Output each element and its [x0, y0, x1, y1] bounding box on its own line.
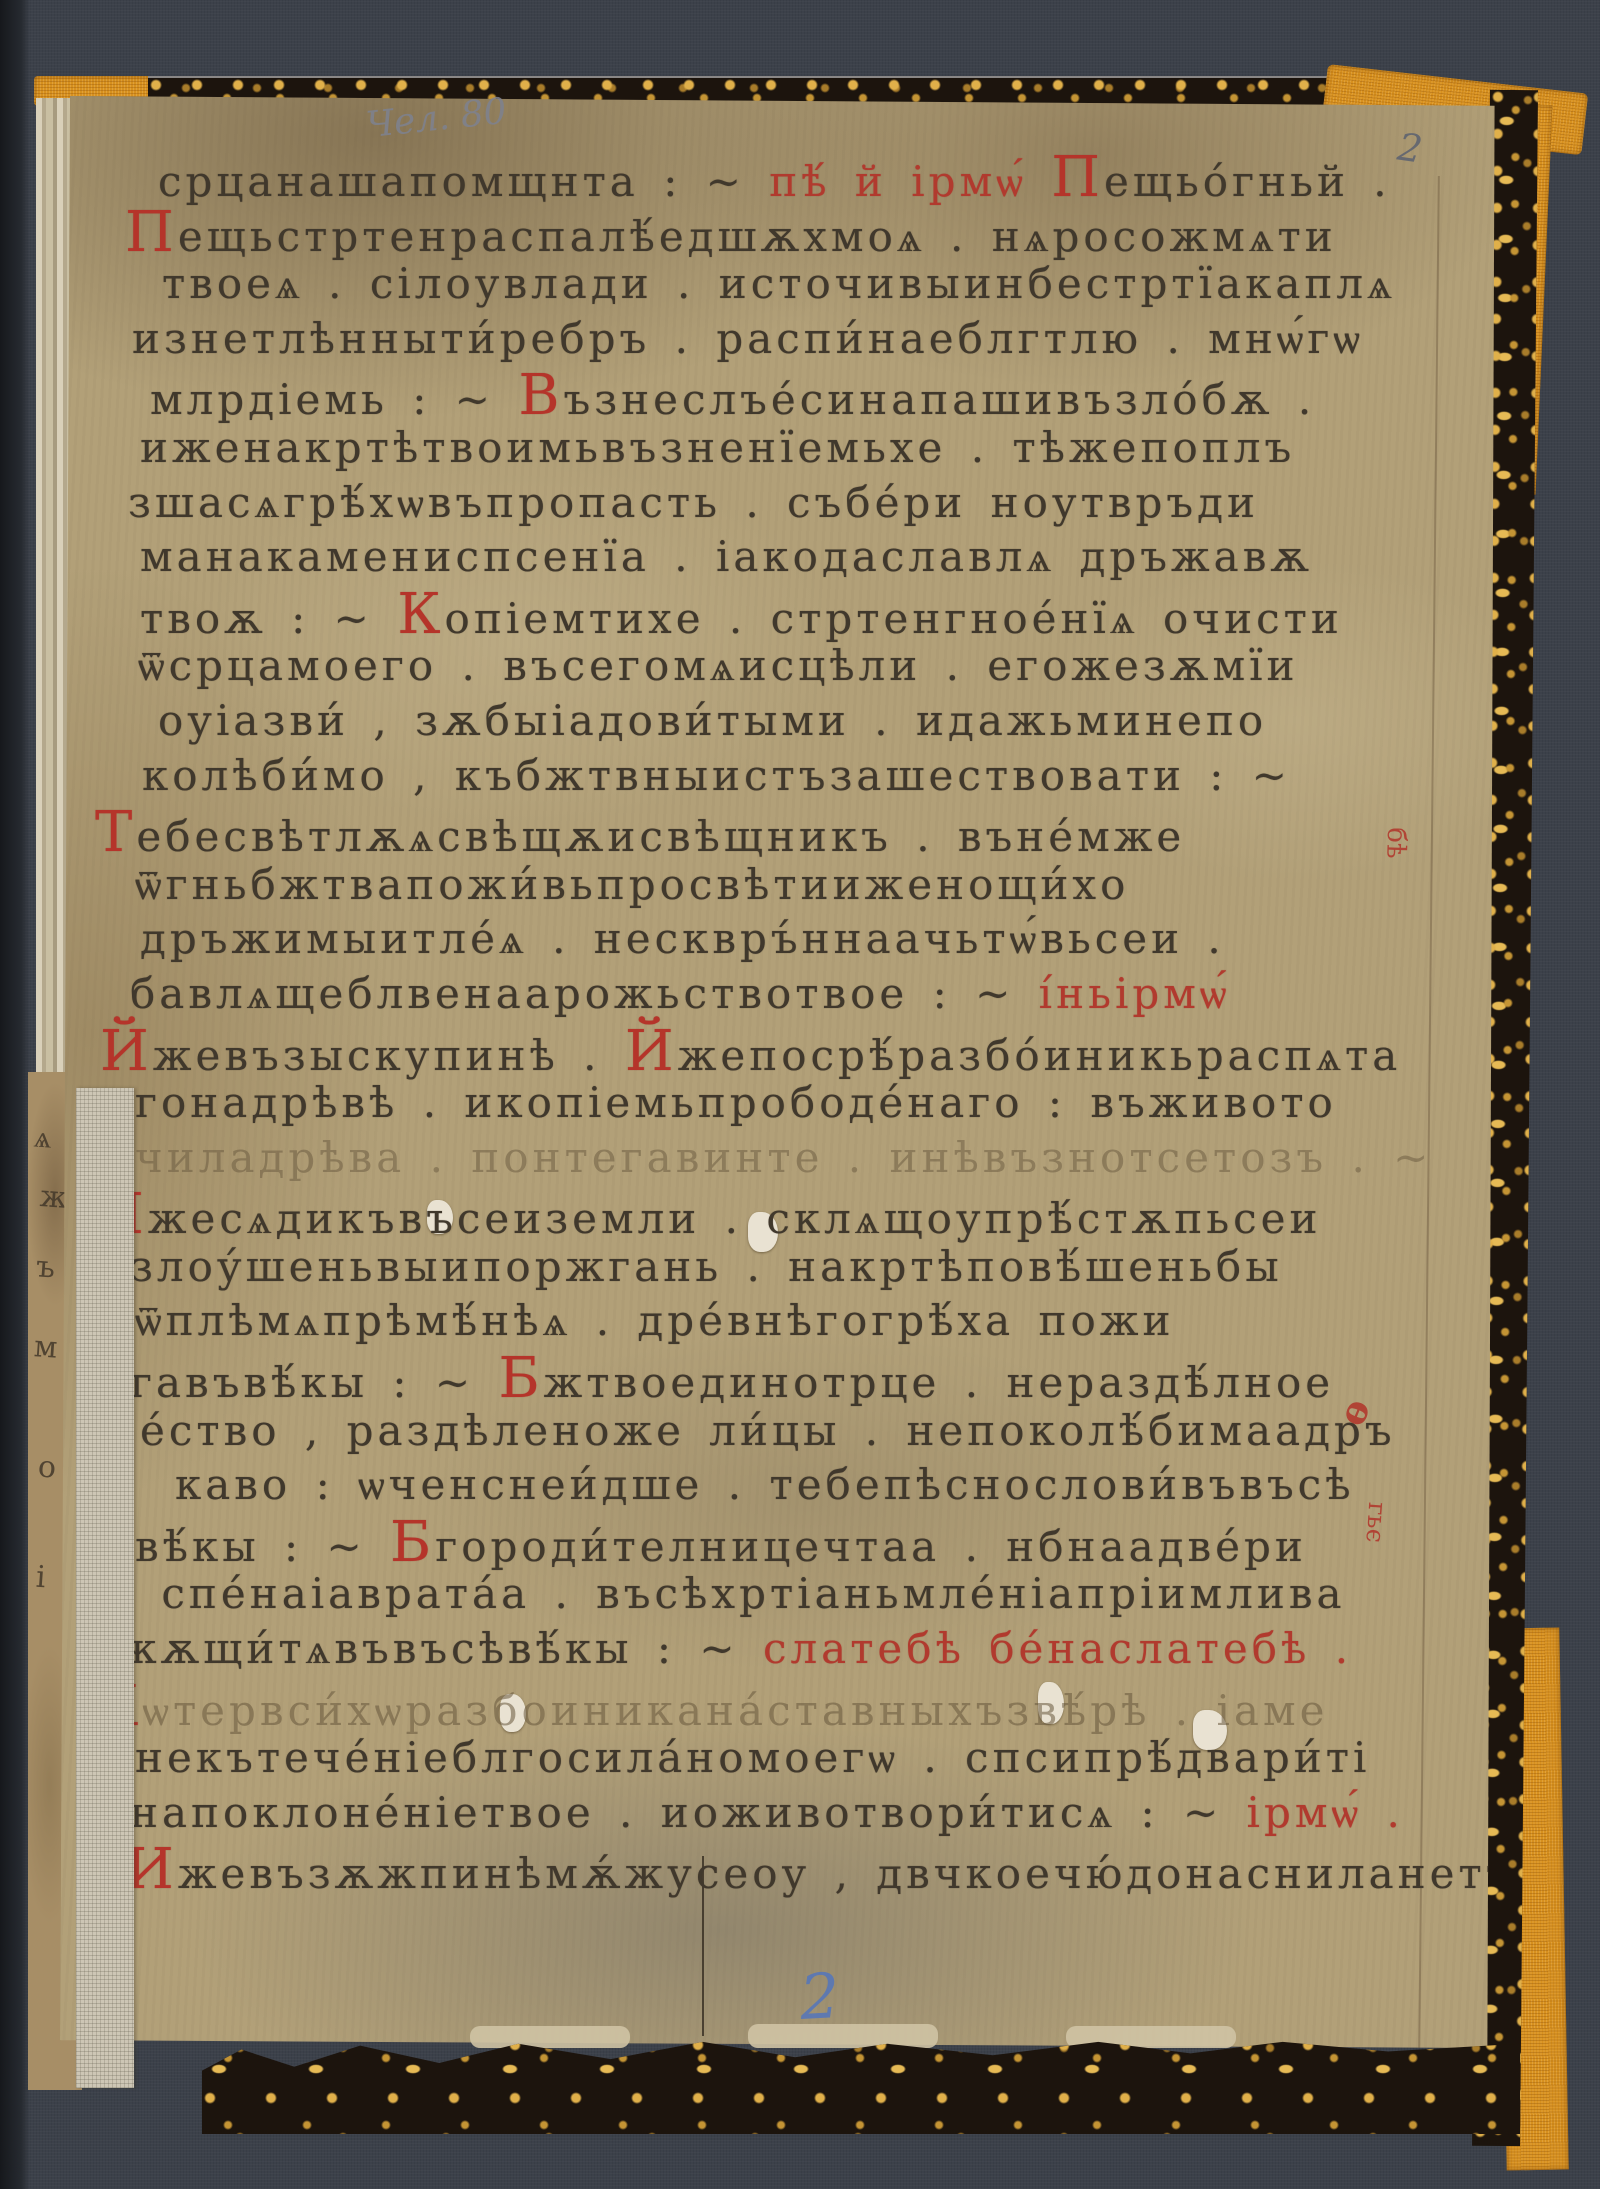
- text-line: иженакртѣтвоимьвъзненїемьхе . тѣжепоплъ: [140, 423, 1450, 478]
- body-text: напоклоне́ніетвое . иоживотвори́тисѧ : ~: [130, 1788, 1247, 1837]
- text-line: дръжимыитле́ѧ . несквръ́ннаачьтѡ́вьсеи .: [140, 914, 1450, 969]
- body-text: жесѧдикъвъсеиземли . склѧщоупрѣ́стѫпьсеи: [148, 1194, 1322, 1243]
- text-line: и спе́наіаврата́а . въсѣхртіаньмле́ніапр…: [105, 1569, 1450, 1624]
- rubric-text: слатебѣ бе́наслатебѣ .: [763, 1624, 1352, 1673]
- body-text: ъзнеслъе́синапашивъзло́бѫ .: [563, 375, 1315, 424]
- text-line: гонадрѣвѣ . икопіемьпрободе́наго : въжив…: [135, 1078, 1450, 1133]
- body-text: каво : ѡченснеи́дше . тебепѣснослови́във…: [175, 1460, 1355, 1509]
- text-line: манакамениспсенїа . іакодаславлѧ дръжавѫ: [140, 532, 1450, 587]
- text-line: каво : ѡченснеи́дше . тебепѣснослови́във…: [175, 1460, 1450, 1515]
- text-line: вѣ́кы : ~ Бгороди́телницечтаа . нбнаадве…: [135, 1515, 1450, 1570]
- body-text: колѣби́мо , къбжтвныистъзашествовати : ~: [142, 751, 1291, 800]
- text-line: Йжевъзыскупинѣ . Йжепосрѣ́разбо́иникьрас…: [100, 1024, 1450, 1079]
- body-text: ѡтервси́хѡразбоиникана́ставныхъзвѣ́рѣ . …: [142, 1686, 1328, 1735]
- rubric-text: пѣ́ й ірмѡ́: [769, 157, 1051, 206]
- text-line: бавлѧщеблвенаарожьствотвое : ~ і́ньірмѡ́: [130, 969, 1450, 1024]
- text-line: некътече́ніеблгосила́номоегѡ . спсипрѣ́д…: [135, 1733, 1450, 1788]
- folio-number-blue: 2: [798, 1959, 841, 2034]
- text-line: млрдіемь : ~ Възнеслъе́синапашивъзло́бѫ …: [150, 368, 1450, 423]
- body-text: городи́телницечтаа . нбнаадве́ри: [435, 1522, 1307, 1571]
- marginal-gloss-red: гьє: [1360, 1501, 1392, 1544]
- body-text: гонадрѣвѣ . икопіемьпрободе́наго : въжив…: [135, 1078, 1337, 1127]
- text-line: ѿплѣмѧпрѣмѣ́нѣѧ . дре́внѣгогрѣ́ха пожи: [135, 1296, 1450, 1351]
- rubric-text: ірмѡ́ .: [1247, 1788, 1404, 1837]
- text-line: е́ство , раздѣленоже ли́цы . непоколѣ́би…: [140, 1406, 1450, 1461]
- text-line: твоѫ : ~ Копіемтихе . стртенгное́нїѧ очи…: [140, 587, 1450, 642]
- body-text: иженакртѣтвоимьвъзненїемьхе . тѣжепоплъ: [140, 423, 1295, 472]
- text-line: изнетлѣнныти́ребръ . распи́наеблгтлю . м…: [132, 314, 1450, 369]
- text-line: Пещьстртенраспалѣ́едшѫхмоѧ . нѧросожмѧти: [125, 205, 1450, 260]
- fragment-glyph: ѧ: [33, 1119, 53, 1155]
- body-text: ещьстртенраспалѣ́едшѫхмоѧ . нѧросожмѧти: [178, 212, 1337, 261]
- body-text: ебесвѣтлѫѧсвѣщѫисвѣщникъ . въне́мже: [136, 812, 1185, 861]
- text-line: колѣби́мо , къбжтвныистъзашествовати : ~: [142, 751, 1450, 806]
- body-text: зшасѧгрѣ́хѡвъпропасть . събе́ри ноутвръд…: [128, 478, 1259, 527]
- fragment-glyph: і: [35, 1560, 47, 1596]
- body-text: оуіазви́ , зѫбыіадови́тыми . идажьминепо: [158, 696, 1267, 745]
- body-text: срцанашапомщнта : ~: [158, 157, 769, 206]
- text-line: гавъвѣ́кы : ~ Бжтвоединотрце . нераздѣ́л…: [130, 1351, 1450, 1406]
- body-text: чиладрѣва . понтегавинте . инѣвъзнотсето…: [135, 1133, 1432, 1182]
- body-text: злоу́шеньвыипоржгань . накртѣповѣ́шеньбы: [130, 1242, 1283, 1291]
- marginal-gloss-red: бѣ: [1380, 827, 1411, 859]
- rubric-initial: В: [518, 363, 563, 428]
- text-line: оуіазви́ , зѫбыіадови́тыми . идажьминепо: [158, 696, 1450, 751]
- binding-marble-edge-bottom: [202, 2038, 1520, 2134]
- body-text: ещьо́гньй .: [1104, 157, 1391, 206]
- body-text: жѫщи́тѧвъвъсѣвѣ́кы : ~: [118, 1624, 763, 1673]
- body-text: некътече́ніеблгосила́номоегѡ . спсипрѣ́д…: [135, 1733, 1370, 1782]
- rubric-initial: Т: [95, 800, 136, 865]
- body-text: бавлѧщеблвенаарожьствотвое : ~: [130, 969, 1039, 1018]
- body-text: твоѫ : ~: [140, 594, 397, 643]
- text-line: ѿсрцамоего . въсегомѧисцѣли . егожезѫмїи: [138, 641, 1450, 696]
- rubric-text: і́ньірмѡ́: [1039, 969, 1231, 1018]
- rubric-initial: Й: [625, 1019, 678, 1084]
- body-text: жевъзыскупинѣ .: [153, 1031, 625, 1080]
- text-line: твоеѧ . сілоувлади . источивыинбестртїак…: [162, 259, 1450, 314]
- parchment-bottom-edge: [748, 2024, 938, 2048]
- manuscript-photo: ѧ ж ъ м о і срцанашапомщнта : ~ пѣ́ й ір…: [0, 0, 1600, 2189]
- rubric-initial: К: [397, 582, 444, 647]
- body-text: вѣ́кы : ~: [135, 1522, 390, 1571]
- rubric-initial: Й: [100, 1019, 153, 1084]
- body-text: ѿгньбжтвапожи́вьпросвѣтииженощи́хо: [135, 860, 1129, 909]
- body-text: манакамениспсенїа . іакодаславлѧ дръжавѫ: [140, 532, 1313, 581]
- text-line: Йжесѧдикъвъсеиземли . склѧщоупрѣ́стѫпьсе…: [95, 1187, 1450, 1242]
- body-text: опіемтихе . стртенгное́нїѧ очисти: [445, 594, 1343, 643]
- body-text: жтвоединотрце . нераздѣ́лное: [544, 1358, 1335, 1407]
- parchment-bottom-edge: [470, 2026, 630, 2048]
- body-text: е́ство , раздѣленоже ли́цы . непоколѣ́би…: [140, 1406, 1396, 1455]
- body-text: млрдіемь : ~: [150, 375, 518, 424]
- text-line: жѫщи́тѧвъвъсѣвѣ́кы : ~ слатебѣ бе́наслат…: [118, 1624, 1450, 1679]
- body-text: жевъзѫжпинѣмѫ́жусеоу , двчкоечю́донаснил…: [178, 1849, 1545, 1898]
- body-text: ѿсрцамоего . въсегомѧисцѣли . егожезѫмїи: [138, 641, 1299, 690]
- parchment-page: срцанашапомщнта : ~ пѣ́ й ірмѡ́ Пещьо́гн…: [60, 96, 1496, 2048]
- fragment-glyph: м: [33, 1329, 59, 1366]
- text-line: Кѡтервси́хѡразбоиникана́ставныхъзвѣ́рѣ .…: [95, 1679, 1450, 1734]
- text-line: Ижевъзѫжпинѣмѫ́жусеоу , двчкоечю́донасни…: [125, 1842, 1450, 1897]
- body-text: твоеѧ . сілоувлади . источивыинбестртїак…: [162, 259, 1396, 308]
- text-line: злоу́шеньвыипоржгань . накртѣповѣ́шеньбы: [130, 1242, 1450, 1297]
- fragment-glyph: о: [37, 1449, 57, 1485]
- rubric-initial: Б: [498, 1346, 543, 1411]
- text-line: напоклоне́ніетвое . иоживотвори́тисѧ : ~…: [130, 1788, 1450, 1843]
- fragment-glyph: ъ: [35, 1249, 56, 1285]
- body-text: дръжимыитле́ѧ . несквръ́ннаачьтѡ́вьсеи .: [140, 914, 1225, 963]
- rubric-initial: Б: [390, 1510, 435, 1575]
- body-text: ѿплѣмѧпрѣмѣ́нѣѧ . дре́внѣгогрѣ́ха пожи: [135, 1296, 1174, 1345]
- rubric-initial: П: [125, 200, 178, 265]
- background-shadow: [0, 0, 30, 2189]
- body-text: жепосрѣ́разбо́иникьраспѧта: [678, 1031, 1402, 1080]
- manuscript-text-block: срцанашапомщнта : ~ пѣ́ й ірмѡ́ Пещьо́гн…: [150, 150, 1450, 1897]
- text-line: Тебесвѣтлѫѧсвѣщѫисвѣщникъ . въне́мже: [95, 805, 1450, 860]
- text-line: чиладрѣва . понтегавинте . инѣвъзнотсето…: [135, 1133, 1450, 1188]
- rubric-initial: П: [1051, 145, 1104, 210]
- text-line: срцанашапомщнта : ~ пѣ́ й ірмѡ́ Пещьо́гн…: [158, 150, 1450, 205]
- body-text: и спе́наіаврата́а . въсѣхртіаньмле́ніапр…: [105, 1569, 1346, 1618]
- body-text: гавъвѣ́кы : ~: [130, 1358, 498, 1407]
- body-text: изнетлѣнныти́ребръ . распи́наеблгтлю . м…: [132, 314, 1364, 363]
- linen-guard-strip: [76, 1088, 134, 2088]
- text-line: зшасѧгрѣ́хѡвъпропасть . събе́ри ноутвръд…: [128, 478, 1450, 533]
- text-line: ѿгньбжтвапожи́вьпросвѣтииженощи́хо: [135, 860, 1450, 915]
